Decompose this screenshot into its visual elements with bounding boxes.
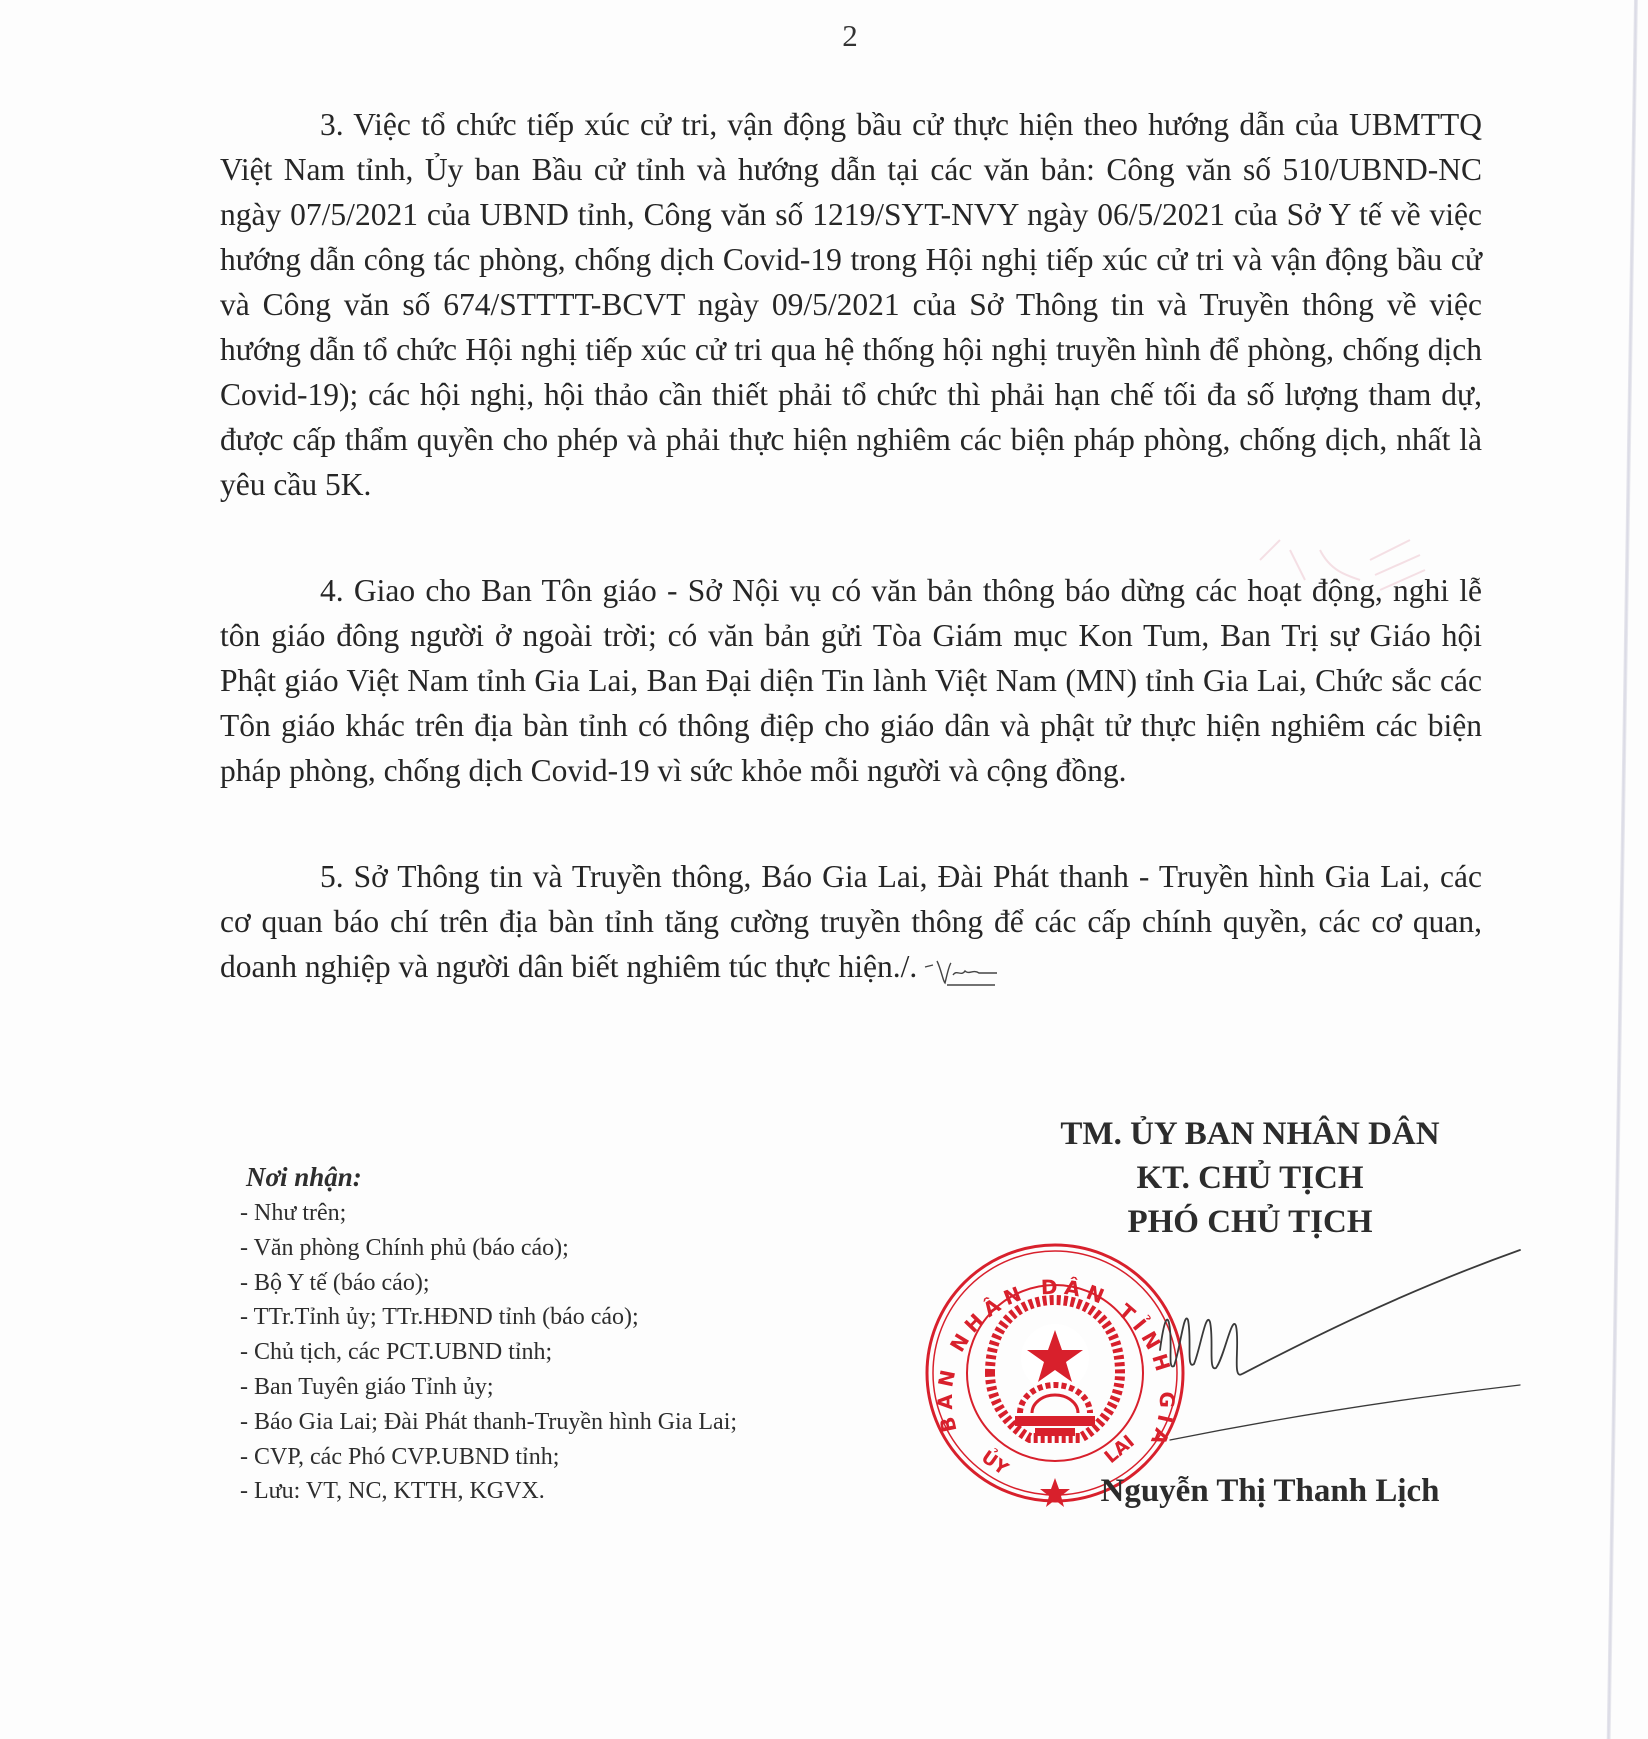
recipient-item: Chủ tịch, các PCT.UBND tỉnh; bbox=[240, 1335, 737, 1370]
paragraph-3: 3. Việc tổ chức tiếp xúc cử tri, vận độn… bbox=[220, 102, 1482, 507]
recipient-item: Báo Gia Lai; Đài Phát thanh-Truyền hình … bbox=[240, 1405, 737, 1440]
recipient-item: Bộ Y tế (báo cáo); bbox=[240, 1266, 737, 1301]
recipients-heading: Nơi nhận: bbox=[246, 1158, 737, 1196]
recipient-item: Như trên; bbox=[240, 1196, 737, 1231]
recipient-item: Văn phòng Chính phủ (báo cáo); bbox=[240, 1231, 737, 1266]
recipient-item: TTr.Tỉnh ủy; TTr.HĐND tỉnh (báo cáo); bbox=[240, 1300, 737, 1335]
recipient-item: CVP, các Phó CVP.UBND tỉnh; bbox=[240, 1440, 737, 1475]
recipient-item: Ban Tuyên giáo Tỉnh ủy; bbox=[240, 1370, 737, 1405]
signer-name: Nguyễn Thị Thanh Lịch bbox=[1000, 1473, 1540, 1510]
handwritten-signature-icon bbox=[1150, 1240, 1530, 1480]
signature-title-line1: TM. ỦY BAN NHÂN DÂN bbox=[980, 1112, 1520, 1156]
initials-icon bbox=[923, 955, 1003, 987]
paragraph-5-text: 5. Sở Thông tin và Truyền thông, Báo Gia… bbox=[220, 859, 1482, 984]
page-edge-shadow bbox=[1607, 0, 1638, 1739]
paragraph-5-container: 5. Sở Thông tin và Truyền thông, Báo Gia… bbox=[220, 854, 1482, 989]
paragraph-3-text: 3. Việc tổ chức tiếp xúc cử tri, vận độn… bbox=[220, 102, 1482, 507]
signature-title-line2: KT. CHỦ TỊCH bbox=[980, 1156, 1520, 1200]
page-number: 2 bbox=[0, 18, 1648, 54]
faint-stamp-mark-icon bbox=[1250, 520, 1450, 610]
paragraph-5: 5. Sở Thông tin và Truyền thông, Báo Gia… bbox=[220, 854, 1482, 989]
svg-text:LAI: LAI bbox=[1101, 1431, 1139, 1468]
signature-block: TM. ỦY BAN NHÂN DÂN KT. CHỦ TỊCH PHÓ CHỦ… bbox=[980, 1112, 1520, 1244]
recipients-list: Nơi nhận: Như trên; Văn phòng Chính phủ … bbox=[240, 1158, 737, 1509]
recipient-item: Lưu: VT, NC, KTTH, KGVX. bbox=[240, 1474, 737, 1509]
